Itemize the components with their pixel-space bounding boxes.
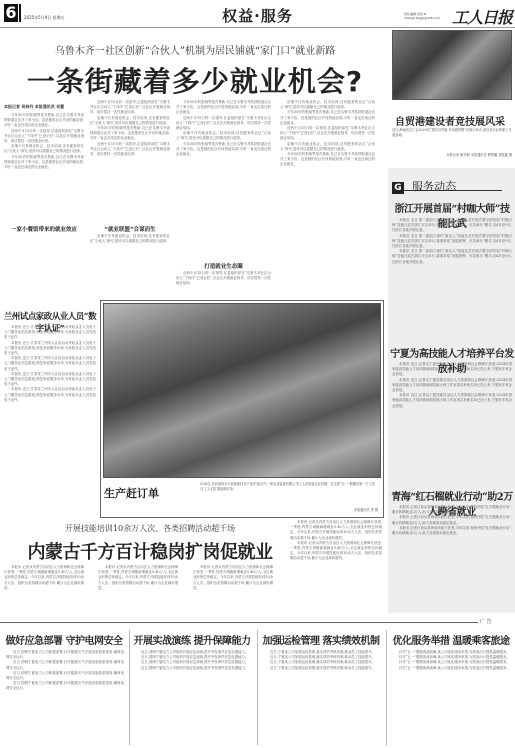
lead-byline: 本报记者 吴林丹 本报通讯员 肖蕾 [4, 104, 94, 110]
bottom-article-4-headline: 优化服务举措 温暖乘客旅途 [388, 632, 514, 647]
bottom-article-3-headline: 加强运检管理 落实绩效机制 [259, 632, 383, 647]
ad-label: 广 告 [478, 618, 494, 625]
inner-mongolia-col-4: 本报讯 记者从内蒙古自治区人力资源和社会保障厅获悉,一季度,内蒙古城镇新增就业5… [290, 520, 382, 612]
service-news-icon: G [392, 182, 404, 194]
factory-credit: 本报通讯员 李 摄 [200, 508, 378, 513]
lead-column-3b: 近两个月15日的一次指导,区委组织部在“乌鲁木齐社区合伙人”下线中“已登记后”,… [176, 271, 271, 293]
inner-mongolia-col-2: 本报讯 记者从内蒙古自治区人力资源和社会保障厅获悉,一季度,内蒙古城镇新增就业5… [98, 565, 178, 610]
lead-column-2: 近两个月15日的一次指导,区委组织部在“乌鲁木齐社区合伙人”下线中“已登记后”,… [90, 100, 170, 225]
column-divider [386, 630, 387, 745]
inner-mongolia-col-3: 本报讯 记者从内蒙古自治区人力资源和社会保障厅获悉,一季度,内蒙古城镇新增就业5… [193, 565, 273, 610]
factory-caption: 5月6日,在河南省永丰县高新技术产业开发区内,一家农业装备有限公司工人在组装农业… [200, 482, 378, 492]
bottom-article-3-text: 近日,宁夏某公司加强运检管理,落实绩效考核机制,推动员工技能提升。 近日,宁夏某… [263, 650, 381, 746]
bottom-article-2-text: 近日,国网宁夏电力公司组织开展应急演练,提升突发事件应急处置能力。 近日,国网宁… [134, 650, 252, 746]
badminton-headline: 自贸港建设者竞技展风采 [385, 113, 515, 128]
lead-subhead-2: “就业联盟”合谋而生 [90, 225, 170, 233]
lead-column-2b: 店铺不仅有就业机会、技术培训,还有配套的社区“合伙人”研究,居民可以根据自己的情… [90, 234, 170, 279]
newspaper-logo: 工人日报 [452, 5, 512, 28]
lead-column-4: 店铺不仅有就业机会、技术培训,还有配套的社区“合伙人”研究,居民可以根据自己的情… [280, 100, 375, 295]
factory-headline: 生产赶订单 [104, 485, 159, 501]
masthead: 6 2025年5月9日 星期五 权益·服务 责任编辑:吴涛 E-mail:grr… [0, 0, 515, 28]
bottom-article-1-text: 近日,国网宁夏电力公司积极部署,针对极端天气开展设备隐患排查,确保电网安全运行。… [6, 650, 124, 746]
ad-divider-line [0, 622, 490, 623]
inner-mongolia-kicker: 开展技能培训10余万人次、各类招聘活动超千场 [30, 523, 270, 534]
service-item-1-text: 本报讯 近日,第二届浙江现代“新农人”技能比武开展式暨全国首届“村咖大师”技能比… [392, 218, 512, 310]
lead-subhead-3: 打造就业生态圈 [176, 262, 271, 270]
badminton-caption: 近日,海南省总工会2025年“建功自贸港 劳动展梦想”在海口举办,来自各行业的职… [392, 128, 512, 138]
bottom-article-1-headline: 做好应急部署 守护电网安全 [2, 632, 126, 647]
lead-kicker: 乌鲁木齐一社区创新“合伙人”机制为居民铺就“家门口”就业新路 [20, 42, 370, 57]
lead-subhead-1: 一家小餐馆带来的就业效应 [4, 225, 84, 233]
editor-info: 责任编辑:吴涛 E-mail:grrbqybj@126.com [404, 12, 452, 20]
service-news-label: 服务动态 [412, 180, 456, 193]
service-item-2-text: 本报讯 近日,记者从宁夏回族自治区人力资源和社会保障厅获悉,2024年国家级高技… [392, 362, 512, 462]
service-item-3-text: 本报讯 记者日前从青海省民政厅获悉,今年以来,青海开展“红石榴就业行动”,累计转… [392, 505, 512, 610]
service-news-label-row: G 服务动态 [392, 175, 502, 191]
lead-headline: 一条街藏着多少就业机会? [20, 60, 370, 100]
badminton-credit: 本报记者 陈华倩 本报通讯员 曹梦璐 刘钰鑫 摄 [392, 153, 512, 158]
bottom-article-2-headline: 开展实战演练 提升保障能力 [130, 632, 254, 647]
inner-mongolia-headline: 内蒙古千方百计稳岗扩岗促就业 [20, 538, 280, 564]
lead-column-1: 今年50岁的张晓琴是杏楚新,自己在乌鲁木齐高铁街道社区开了家小店。这是她的社区开… [4, 113, 84, 258]
column-divider [129, 630, 130, 745]
lead-column-3: 今年50岁的张晓琴是杏楚新,自己在乌鲁木齐高铁街道社区开了家小店。这是她的社区开… [176, 100, 271, 260]
column-divider [257, 630, 258, 745]
badminton-photo [392, 30, 512, 100]
bottom-article-4-text: 针对“五一”假期客流高峰,某公司优化服务举措,为旅客出行提供温暖服务。 针对“五… [392, 650, 512, 746]
inner-mongolia-col-1: 本报讯 记者从内蒙古自治区人力资源和社会保障厅获悉,一季度,内蒙古城镇新增就业5… [4, 565, 84, 610]
lanzhou-text: 本报讯 近日,甘肃省兰州市人社局启动家政从业人员电子上门服务证信息系统,规范家政… [4, 325, 96, 515]
factory-photo [103, 303, 381, 478]
